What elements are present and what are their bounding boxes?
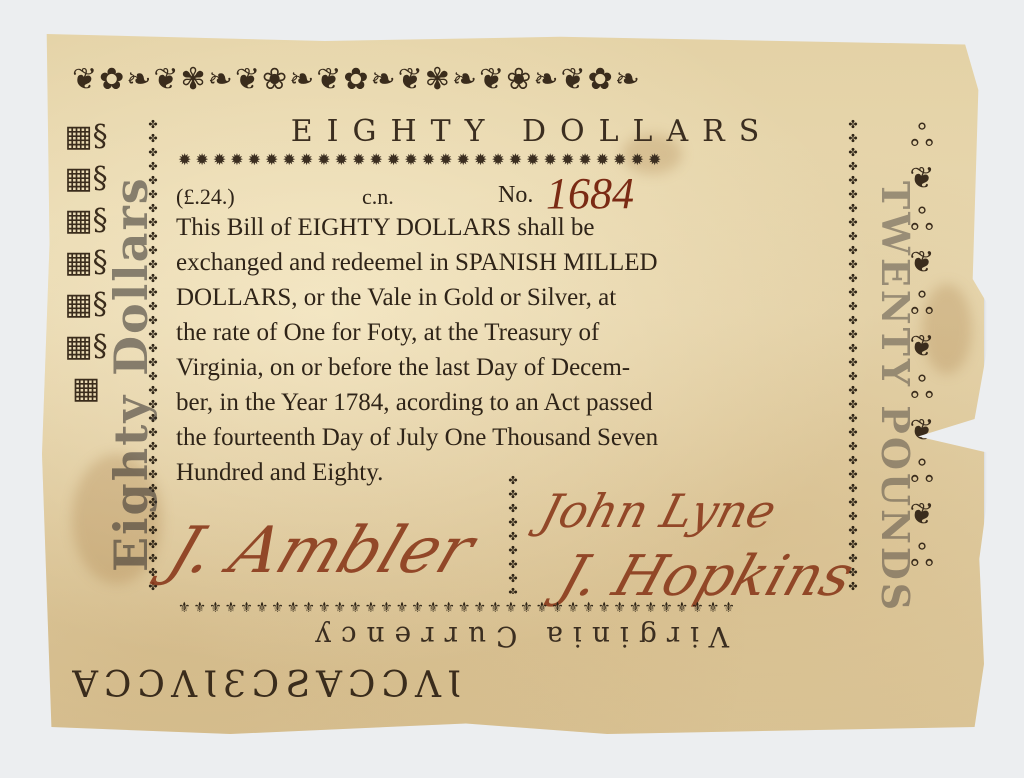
body-line: This Bill of EIGHTY DOLLARS shall be xyxy=(176,210,858,245)
middle-dotted-rule: ✤✤✤✤✤✤✤✤✤✤✤✤✤✤✤✤✤✤✤✤✤✤✤✤✤✤✤✤✤✤✤✤✤✤ xyxy=(508,474,518,594)
right-vertical-stamp: TWENTY POUNDS xyxy=(870,162,918,632)
signature-lyne: John Lyne xyxy=(535,484,782,538)
left-ornamental-border: ▦§▦§▦§▦§▦§▦§▦ xyxy=(64,116,108,644)
banknote: ❦✿❧❦✾❧❦❀❧❦✿❧❦✾❧❦❀❧❦✿❧ ▦§▦§▦§▦§▦§▦§▦ ஃ❦ஃ❦… xyxy=(42,34,984,734)
body-line: ber, in the Year 1784, acording to an Ac… xyxy=(176,385,858,420)
bottom-ornamental-border: ⱯƆƆɅƖƐƆƧⱯƆƆɅƖ xyxy=(72,660,944,712)
body-line: Virginia, on or before the last Day of D… xyxy=(176,350,858,385)
left-vertical-stamp: Eighty Dollars xyxy=(104,144,164,604)
inverted-caption: Virginia Currency xyxy=(182,620,852,653)
plate-code: c.n. xyxy=(362,184,394,210)
note-body-text: This Bill of EIGHTY DOLLARS shall be exc… xyxy=(176,210,858,490)
fleur-de-lis-row: ⚜⚜⚜⚜⚜⚜⚜⚜⚜⚜⚜⚜⚜⚜⚜⚜⚜⚜⚜⚜⚜⚜⚜⚜⚜⚜⚜⚜⚜⚜⚜⚜⚜⚜⚜⚜ xyxy=(178,600,858,616)
body-line: exchanged and redeemel in SPANISH MILLED xyxy=(176,245,858,280)
sunburst-row: ✹✹✹✹✹✹✹✹✹✹✹✹✹✹✹✹✹✹✹✹✹✹✹✹✹✹✹✹ xyxy=(178,150,838,169)
body-line: the fourteenth Day of July One Thousand … xyxy=(176,420,858,455)
note-meta-line: (£.24.) c.n. No. 1684 xyxy=(176,174,836,214)
pound-value: (£.24.) xyxy=(176,184,235,210)
body-line: DOLLARS, or the Vale in Gold or Silver, … xyxy=(176,280,858,315)
number-label: No. xyxy=(498,182,533,209)
top-ornamental-border: ❦✿❧❦✾❧❦❀❧❦✿❧❦✾❧❦❀❧❦✿❧ xyxy=(72,60,944,100)
body-line: the rate of One for Foty, at the Treasur… xyxy=(176,315,858,350)
signature-ambler: J. Ambler xyxy=(159,514,484,588)
note-heading: EIGHTY DOLLARS xyxy=(242,114,822,149)
